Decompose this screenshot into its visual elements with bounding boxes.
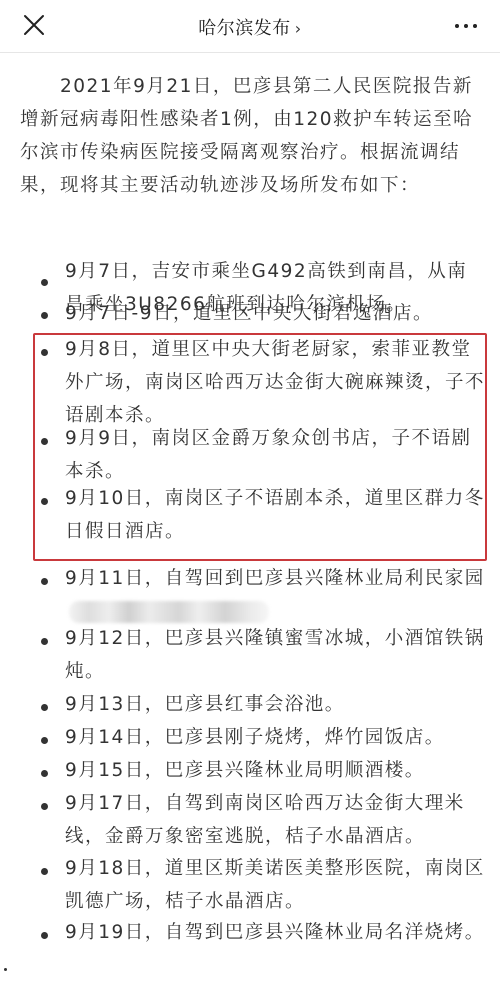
- bullet-icon: [41, 279, 48, 286]
- account-title-link[interactable]: 哈尔滨发布›: [0, 14, 500, 40]
- list-item: 9月13日，巴彦县红事会浴池。: [65, 688, 485, 721]
- list-item: 9月10日，南岗区子不语剧本杀，道里区群力冬日假日酒店。: [65, 482, 485, 548]
- bullet-icon: [41, 770, 48, 777]
- more-horizontal-icon: [455, 24, 459, 28]
- list-item: 9月11日，自驾回到巴彦县兴隆林业局利民家园: [65, 562, 485, 628]
- bullet-icon: [41, 737, 48, 744]
- bullet-icon: [41, 349, 48, 356]
- more-dot: [473, 24, 477, 28]
- bullet-icon: [41, 868, 48, 875]
- redacted-blur: [69, 601, 269, 623]
- list-item: 9月8日，道里区中央大街老厨家，索菲亚教堂外广场，南岗区哈西万达金街大碗麻辣烫，…: [65, 333, 485, 432]
- list-item: 9月15日，巴彦县兴隆林业局明顺酒楼。: [65, 754, 485, 787]
- list-item: 9月19日，自驾到巴彦县兴隆林业局名洋烧烤。: [65, 916, 485, 949]
- bullet-icon: [41, 932, 48, 939]
- top-navigation-bar: 哈尔滨发布›: [0, 0, 500, 53]
- bullet-icon: [41, 498, 48, 505]
- bullet-icon: [41, 704, 48, 711]
- bullet-icon: [41, 312, 48, 319]
- stray-dot: [4, 968, 7, 971]
- intro-paragraph: 2021年9月21日，巴彦县第二人民医院报告新增新冠病毒阳性感染者1例，由120…: [20, 70, 482, 202]
- bullet-icon: [41, 803, 48, 810]
- bullet-icon: [41, 438, 48, 445]
- account-name: 哈尔滨发布: [198, 18, 291, 39]
- list-item: 9月18日，道里区斯美诺医美整形医院，南岗区凯德广场，桔子水晶酒店。: [65, 852, 485, 918]
- list-item-text: 9月11日，自驾回到巴彦县兴隆林业局利民家园: [65, 568, 485, 589]
- bullet-icon: [41, 638, 48, 645]
- chevron-right-icon: ›: [295, 19, 302, 38]
- list-item: 9月9日，南岗区金爵万象众创书店，子不语剧本杀。: [65, 422, 485, 488]
- more-dot: [464, 24, 468, 28]
- bullet-icon: [41, 578, 48, 585]
- more-options-button[interactable]: [455, 24, 479, 30]
- list-item: 9月12日，巴彦县兴隆镇蜜雪冰城，小酒馆铁锅炖。: [65, 622, 485, 688]
- list-item: 9月7日-9日，道里区中央大街君逸酒店。: [65, 297, 485, 330]
- list-item: 9月14日，巴彦县刚子烧烤，烨竹园饭店。: [65, 721, 485, 754]
- list-item: 9月17日，自驾到南岗区哈西万达金街大理米线，金爵万象密室逃脱，桔子水晶酒店。: [65, 787, 485, 853]
